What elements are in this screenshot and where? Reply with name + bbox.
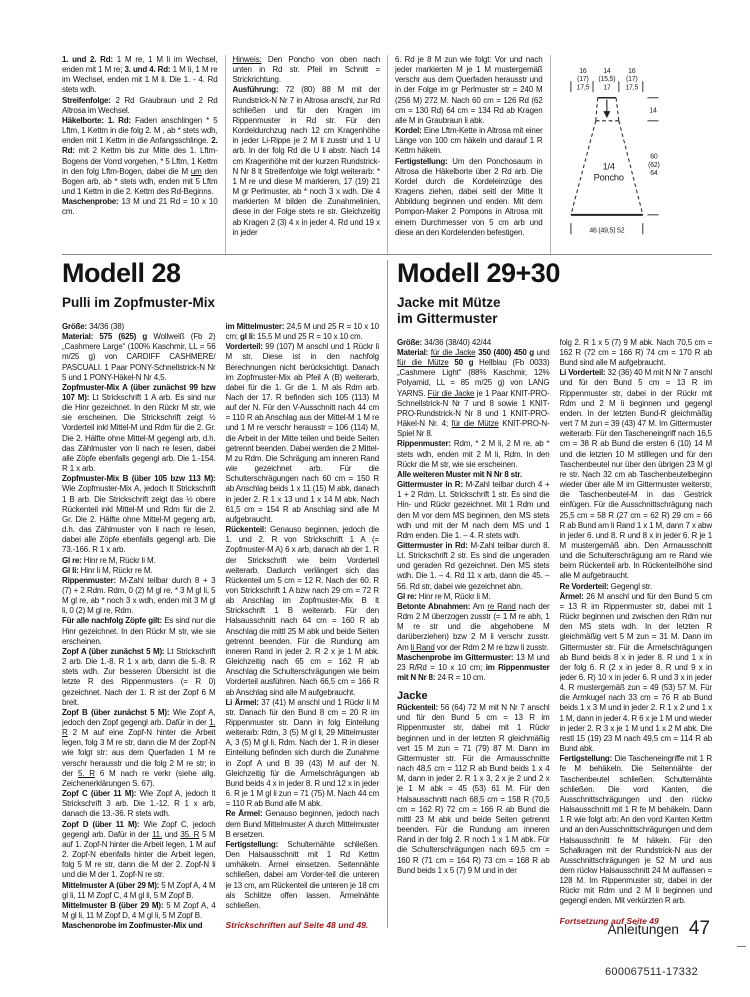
svg-text:(15,5): (15,5)	[598, 76, 615, 83]
pattern-paragraph: 6. Rd je 8 M zun wie folgt: Vor und nach…	[395, 55, 543, 126]
pattern-paragraph: Ärmel: 26 M anschl und für den Bund 5 cm…	[560, 592, 713, 755]
pattern-paragraph: Zopf B (über zunächst 5 M): Wie Zopf A, …	[62, 708, 216, 789]
pattern-paragraph: Alle weiteren Muster mit N Nr 8 str.	[397, 470, 550, 480]
pattern-paragraph: Gl re: Hinr re M, Rückr li M.	[397, 592, 550, 602]
footer-section-label: Anleitungen	[608, 922, 679, 937]
measure-top-mid: 14 (15,5) 17	[598, 68, 615, 92]
top-continuation-section: 1. und 2. Rd: 1 M re, 1 M li im Wechsel,…	[62, 55, 712, 255]
pattern-paragraph: Maschenprobe: 13 M und 21 Rd = 10 x 10 c…	[62, 197, 218, 217]
svg-text:(17): (17)	[625, 76, 637, 83]
modell-28-article: Modell 28 Pulli im Zopfmuster-Mix Größe:…	[62, 260, 387, 928]
pattern-paragraph: Vorderteil: 99 (107) M anschl und 1 Rück…	[226, 342, 380, 525]
pattern-paragraph: Gl re: Hinr re M, Rückr li M.	[62, 556, 216, 566]
pattern-paragraph: Gittermuster in Rd: M-Zahl teilbar durch…	[397, 541, 550, 592]
svg-text:(17): (17)	[577, 76, 589, 83]
page-number: 47	[689, 918, 710, 940]
modell-28-subtitle: Pulli im Zopfmuster-Mix	[62, 295, 379, 311]
pattern-paragraph: Betonte Abnahmen: Am re Rand nach der Rd…	[397, 602, 550, 653]
pattern-paragraph: Re Vorderteil: Gegengl str.	[560, 582, 713, 592]
svg-text:16: 16	[579, 68, 587, 75]
pattern-paragraph: folg 2. R 1 x 5 (7) 9 M abk. Nach 70,5 c…	[560, 338, 713, 368]
pattern-paragraph: Gittermuster in R: M-Zahl teilbar durch …	[397, 480, 550, 541]
subtitle-line-1: Jacke mit Mütze	[397, 295, 501, 310]
measure-bottom-width: 46 (49,5) 52	[589, 227, 624, 234]
svg-text:Poncho: Poncho	[593, 173, 623, 183]
modell-29-30-subtitle: Jacke mit Mütze im Gittermuster	[397, 295, 712, 327]
pattern-paragraph: Gl li: Hinr li M, Rückr re M.	[62, 566, 216, 576]
pattern-paragraph: Material: für die Jacke 350 (400) 450 g …	[397, 348, 550, 439]
modell-29-30-column-1: Größe: 34/36 (38/40) 42/44 Material: für…	[397, 338, 550, 928]
svg-text:14: 14	[603, 68, 611, 75]
subtitle-line-2: im Gittermuster	[397, 311, 498, 326]
top-column-2: Hinweis: Den Poncho von oben nach unten …	[225, 55, 388, 254]
top-column-3: 6. Rd je 8 M zun wie folgt: Vor und nach…	[387, 55, 550, 254]
measure-body-height: 60 (62) 64	[648, 154, 660, 178]
pattern-paragraph: Für alle nachfolg Zöpfe gilt: Es sind nu…	[62, 616, 216, 646]
pattern-paragraph: Hinweis: Den Poncho von oben nach unten …	[233, 55, 381, 85]
pattern-paragraph: Rippenmuster: M-Zahl teilbar durch 8 + 3…	[62, 576, 216, 617]
page-footer: Anleitungen 47	[608, 918, 710, 940]
poncho-schematic-drawing: 16 (17) 17,5 14 (15,5) 17 16 (17) 17,5	[558, 55, 706, 253]
main-instructions-section: Modell 28 Pulli im Zopfmuster-Mix Größe:…	[62, 260, 712, 928]
jacke-section-header: Jacke	[397, 690, 550, 702]
modell-29-30-title: Modell 29+30	[397, 260, 712, 287]
modell-28-title: Modell 28	[62, 260, 379, 287]
pattern-paragraph: 1. und 2. Rd: 1 M re, 1 M li im Wechsel,…	[62, 55, 218, 96]
print-code: 600067511-17332	[605, 966, 698, 978]
pattern-paragraph: Li Vorderteil: 32 (36) 40 M mit N Nr 7 a…	[560, 368, 713, 581]
pattern-paragraph: Maschenprobe im Zopfmuster-Mix und	[62, 921, 216, 928]
pattern-paragraph: Fertigstellung: Um den Ponchosaum in Alt…	[395, 157, 543, 238]
pattern-paragraph: im Mittelmuster: 24,5 M und 25 R = 10 x …	[226, 322, 380, 342]
chart-reference-note: Strickschriften auf Seite 48 und 49, Sch…	[226, 920, 380, 928]
poncho-schematic: 16 (17) 17,5 14 (15,5) 17 16 (17) 17,5	[550, 55, 713, 254]
pattern-paragraph: Größe: 34/36 (38/40) 42/44	[397, 338, 550, 348]
pattern-paragraph: Mittelmuster A (über 29 M): 5 M Zopf A, …	[62, 881, 216, 901]
pattern-paragraph: Fertigstellung: Die Tascheneingriffe mit…	[560, 754, 713, 906]
schematic-center-label: 1/4 Poncho	[593, 162, 623, 183]
pattern-paragraph: Streifenfolge: 2 Rd Graubraun und 2 Rd A…	[62, 96, 218, 116]
pattern-paragraph: Maschenprobe im Gittermuster: 13 M und 2…	[397, 653, 550, 683]
measure-top-right: 16 (17) 17,5	[625, 68, 638, 92]
pattern-paragraph: Fertigstellung: Schulternähte schließen.…	[226, 840, 380, 911]
pattern-paragraph: Rippenmuster: Rdm, * 2 M li, 2 M re, ab …	[397, 439, 550, 469]
modell-29-30-article: Modell 29+30 Jacke mit Mütze im Gittermu…	[387, 260, 712, 928]
svg-text:60: 60	[650, 154, 658, 161]
pattern-paragraph: Kordel: Eine Lftm-Kette in Altrosa mit e…	[395, 126, 543, 156]
modell-28-column-1: Größe: 34/36 (38) Material: 575 (625) g …	[62, 322, 216, 928]
pattern-paragraph: Größe: 34/36 (38)	[62, 322, 216, 332]
svg-text:64: 64	[650, 170, 658, 177]
pattern-paragraph: Re Ärmel: Genauso beginnen, jedoch nach …	[226, 809, 380, 839]
svg-text:17: 17	[603, 84, 611, 91]
knit-direction-arrow-icon	[604, 100, 610, 118]
pattern-paragraph: Zopf D (über 11 M): Wie Zopf C, jedoch g…	[62, 820, 216, 881]
registration-mark	[737, 946, 746, 947]
pattern-paragraph: Ausführung: 72 (80) 88 M mit der Rundstr…	[233, 85, 381, 237]
pattern-paragraph: Zopfmuster-Mix B (über 105 bzw 113 M): W…	[62, 474, 216, 555]
pattern-paragraph: Material: 575 (625) g Wollweiß (Fb 2) „C…	[62, 332, 216, 383]
measure-top-left: 16 (17) 17,5	[576, 68, 589, 92]
pattern-paragraph: Häkelborte: 1. Rd: Faden anschlingen * 5…	[62, 116, 218, 197]
modell-29-30-column-2: folg 2. R 1 x 5 (7) 9 M abk. Nach 70,5 c…	[560, 338, 713, 928]
svg-text:17,5: 17,5	[625, 84, 638, 91]
svg-text:17,5: 17,5	[576, 84, 589, 91]
svg-text:1/4: 1/4	[602, 162, 614, 172]
pattern-paragraph: Zopfmuster-Mix A (über zunächst 99 bzw 1…	[62, 383, 216, 474]
pattern-paragraph: Zopf C (über 11 M): Wie Zopf A, jedoch l…	[62, 789, 216, 819]
svg-text:(62): (62)	[648, 162, 660, 169]
pattern-paragraph: Rückenteil: Genauso beginnen, jedoch die…	[226, 525, 380, 698]
modell-28-column-2: im Mittelmuster: 24,5 M und 25 R = 10 x …	[226, 322, 380, 928]
top-column-1: 1. und 2. Rd: 1 M re, 1 M li im Wechsel,…	[62, 55, 225, 254]
pattern-paragraph: Mittelmuster B (über 29 M): 5 M Zopf A, …	[62, 901, 216, 921]
svg-text:16: 16	[628, 68, 636, 75]
measure-collar-height: 14	[649, 108, 657, 115]
pattern-paragraph: Li Ärmel: 37 (41) M anschl und 1 Rückr l…	[226, 698, 380, 810]
pattern-paragraph: Zopf A (über zunächst 5 M): Lt Stricksch…	[62, 647, 216, 708]
pattern-paragraph: Rückenteil: 56 (64) 72 M mit N Nr 7 ansc…	[397, 703, 550, 876]
magazine-page: 1. und 2. Rd: 1 M re, 1 M li im Wechsel,…	[0, 0, 750, 997]
